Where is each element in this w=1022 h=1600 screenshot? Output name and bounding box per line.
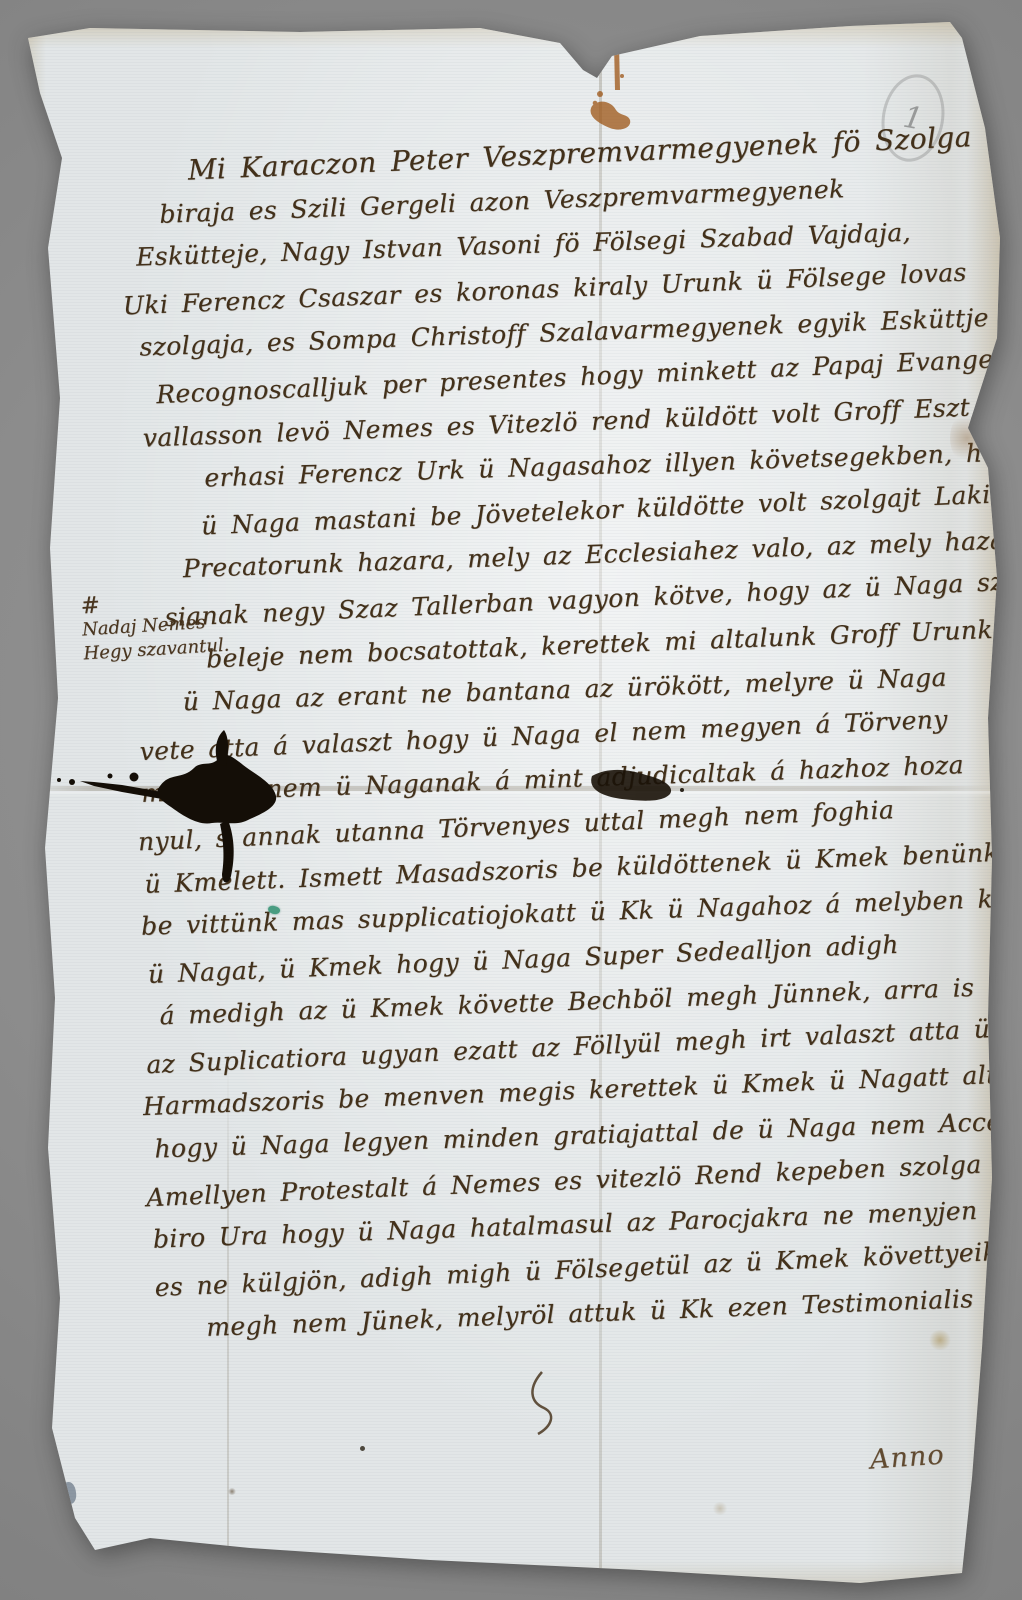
manuscript-sheet: 1 Mi Karaczon Peter Veszpremvarmegyenek …: [22, 20, 1000, 1592]
foxing-spot: [712, 1502, 728, 1515]
foxing-spot: [228, 1488, 236, 1495]
ink-speck: [360, 1446, 365, 1451]
margin-note: # Nadaj Nemes Hegy szavantul.: [80, 586, 230, 667]
anno-notation: Anno: [869, 1439, 946, 1475]
foxing-spot: [26, 1422, 54, 1446]
manuscript-text: Mi Karaczon Peter Veszpremvarmegyenek fö…: [102, 117, 1022, 1353]
flourish: [532, 1372, 551, 1434]
blue-stain: [61, 1481, 78, 1505]
foxing-spot: [928, 1330, 952, 1350]
backdrop: { "page": { "background_color": "#8e8e8e…: [0, 0, 1022, 1600]
rust-stain: [591, 44, 631, 130]
paper-surface: 1 Mi Karaczon Peter Veszpremvarmegyenek …: [22, 20, 1000, 1592]
